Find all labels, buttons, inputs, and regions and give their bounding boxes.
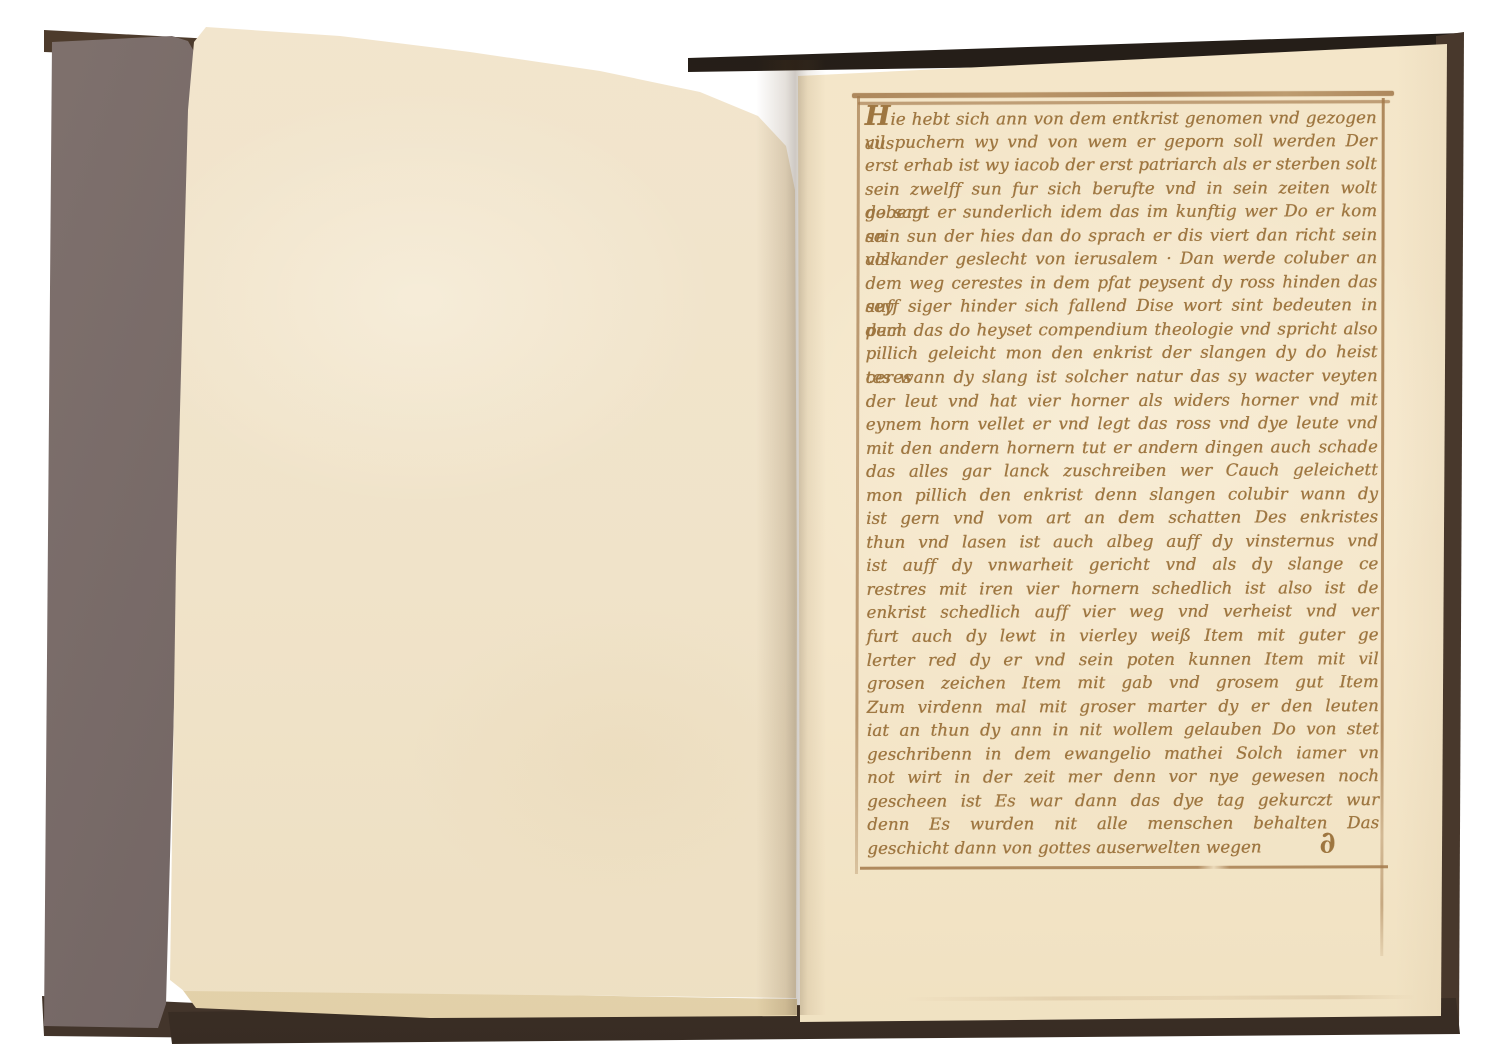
manuscript-line: ist auff dy vnwarheit gericht vnd als dy…	[866, 552, 1378, 577]
manuscript-line: tes wann dy slang ist solcher natur das …	[866, 364, 1378, 389]
manuscript-line: restres mit iren vier hornern schedlich …	[866, 576, 1378, 601]
manuscript-line: do sagt er sunderlich idem das im kunfti…	[865, 199, 1377, 224]
text-frame-rule-bottom	[860, 865, 1388, 869]
text-frame-border-left	[855, 96, 860, 874]
manuscript-line: Zum virdenn mal mit groser marter dy er …	[867, 694, 1379, 719]
page-bottom-smudge	[905, 995, 1415, 1001]
manuscript-line: not wirt in der zeit mer denn vor nye ge…	[867, 764, 1379, 789]
manuscript-line: puch das do heyset compendium theologie …	[865, 317, 1377, 342]
manuscript-line: iat an thun dy ann in nit wollem gelaube…	[867, 717, 1379, 742]
text-frame-border-top-outer	[852, 91, 1394, 98]
manuscript-line: grosen zeichen Item mit gab vnd grosem g…	[867, 670, 1379, 695]
manuscript-line: mit den andern hornern tut er andern din…	[866, 435, 1378, 460]
manuscript-line: gescheen ist Es war dann das dye tag gek…	[867, 788, 1379, 813]
manuscript-line: der leut vnd hat vier horner als widers …	[866, 388, 1378, 413]
page-gutter-shadow	[756, 60, 826, 1015]
manuscript-line: geschicht dann von gottes auserwelten we…	[867, 835, 1379, 860]
manuscript-line: sein zwelff sun fur sich berufte vnd in …	[865, 176, 1377, 201]
manuscript-line: eynem horn vellet er vnd legt das ross v…	[866, 411, 1378, 436]
manuscript-line: denn Es wurden nit alle menschen behalte…	[867, 812, 1379, 837]
manuscript-line: pillich geleicht mon den enkrist der sla…	[866, 341, 1378, 366]
manuscript-text-block: ∂ Hie hebt sich ann von dem entkrist gen…	[865, 105, 1380, 865]
initial-capital: H	[865, 101, 891, 132]
manuscript-line: geschribenn in dem ewangelio mathei Solc…	[867, 741, 1379, 766]
manuscript-line: das alles gar lanck zuschreiben wer Cauc…	[866, 458, 1378, 483]
manuscript-line: sein sun der hies dan do sprach er dis v…	[865, 223, 1377, 248]
manuscript-line: lerter red dy er vnd sein poten kunnen I…	[867, 647, 1379, 672]
text-frame-border-top-inner	[858, 100, 1390, 105]
manuscript-line: mon pillich den enkrist denn slangen col…	[866, 482, 1378, 507]
manuscript-line: ist gern vnd vom art an dem schatten Des…	[866, 505, 1378, 530]
manuscript-line: Hie hebt sich ann von dem entkrist genom…	[865, 105, 1377, 130]
text-frame-border-right	[1380, 98, 1384, 956]
manuscript-line: dem weg cerestes in dem pfat peysent dy …	[865, 270, 1377, 295]
manuscript-line: auff siger hinder sich fallend Dise wort…	[865, 293, 1377, 318]
manuscript-line: thun vnd lasen ist auch albeg auff dy vi…	[866, 529, 1378, 554]
manuscript-line: furt auch dy lewt in vierley weiß Item m…	[866, 623, 1378, 648]
photo-canvas: ∂ Hie hebt sich ann von dem entkrist gen…	[0, 0, 1500, 1053]
manuscript-line: als ander geslecht von ierusalem · Dan w…	[865, 246, 1377, 271]
manuscript-line: erst erhab ist wy iacob der erst patriar…	[865, 152, 1377, 177]
manuscript-line: vil puchern wy vnd von wem er geporn sol…	[865, 129, 1377, 154]
manuscript-line: enkrist schedlich auff vier weg vnd verh…	[866, 600, 1378, 625]
end-flourish-mark: ∂	[1318, 830, 1342, 856]
